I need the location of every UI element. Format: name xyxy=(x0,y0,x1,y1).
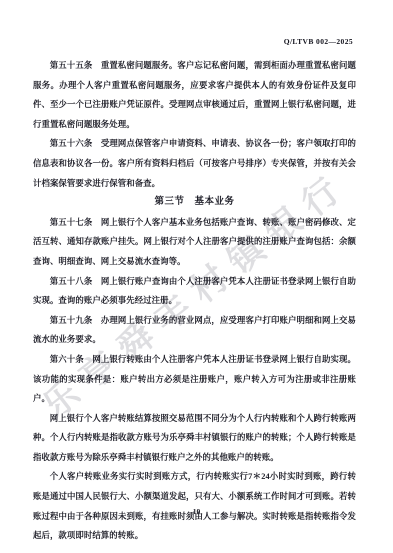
body-paragraph-article-60: 第六十条 网上银行转账由个人注册客户凭本人注册证书登录网上银行自助实现。该功能的… xyxy=(33,350,356,409)
document-body: 第五十五条 重置私密问题服务。客户忘记私密问题，需到柜面办理重置私密问题服务。办… xyxy=(33,56,356,546)
body-paragraph-article-55: 第五十五条 重置私密问题服务。客户忘记私密问题，需到柜面办理重置私密问题服务。办… xyxy=(33,56,356,134)
body-paragraph-article-56: 第五十六条 受理网点保管客户申请资料、申请表、协议各一份；客户领取打印的信息表和… xyxy=(33,134,356,193)
document-code-header: Q/LTVB 002—2025 xyxy=(284,37,353,46)
page-number: 10 xyxy=(0,507,393,516)
body-paragraph-article-58: 第五十八条 网上银行账户查询由个人注册客户凭本人注册证书登录网上银行自助实现。查… xyxy=(33,272,356,311)
document-page: 乐亭舜丰村镇银行 Q/LTVB 002—2025 第五十五条 重置私密问题服务。… xyxy=(0,0,393,553)
body-paragraph-article-57: 第五十七条 网上银行个人客户基本业务包括账户查询、转账、账户密码修改、定活互转、… xyxy=(33,213,356,272)
section-heading: 第三节 基本业务 xyxy=(33,193,356,213)
body-paragraph-article-59: 第五十九条 办理网上银行业务的营业网点，应受理客户打印账户明细和网上交易流水的业… xyxy=(33,311,356,350)
body-paragraph-transfer-types: 网上银行个人客户转账结算按照交易范围不同分为个人行内转账和个人跨行转账两种。个人… xyxy=(33,409,356,468)
